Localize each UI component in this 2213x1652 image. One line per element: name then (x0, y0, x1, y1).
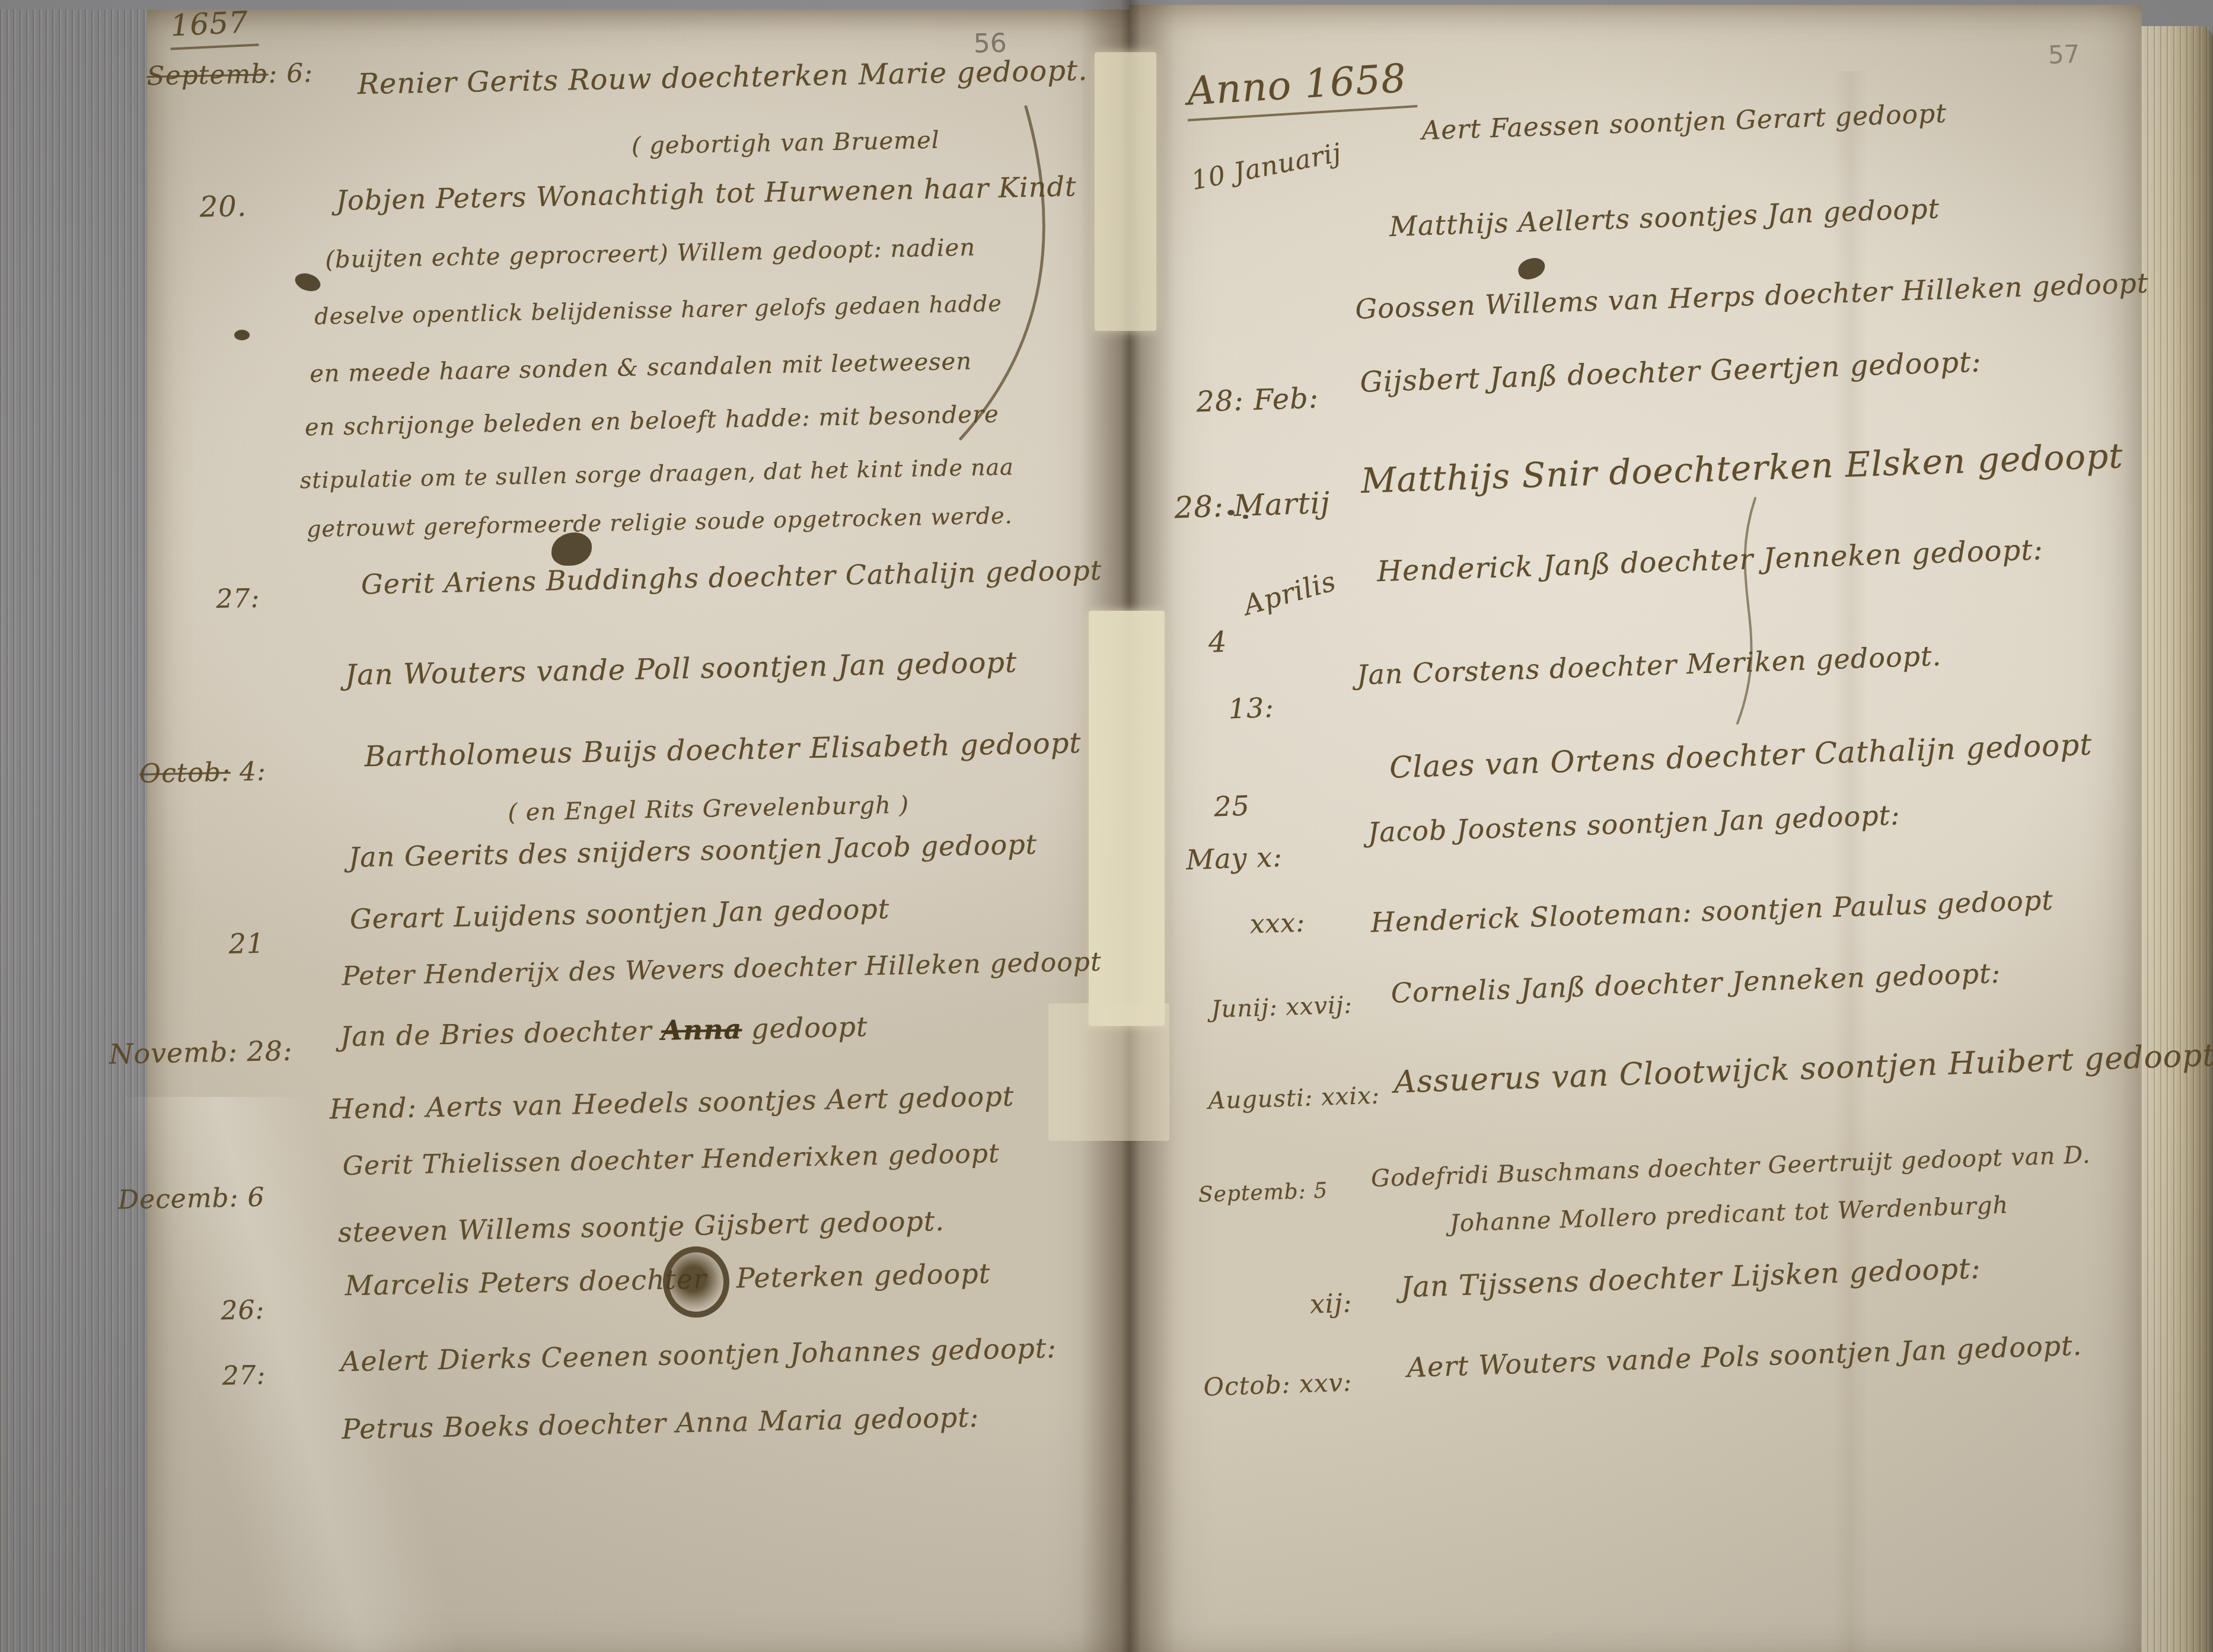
entry-line: Claes van Ortens doechter Cathalijn gedo… (1389, 727, 2093, 784)
entry-date: Octob: xxv: (1203, 1367, 1353, 1401)
entry-line: Jan Tijssens doechter Lijsken gedoopt: (1400, 1252, 1981, 1304)
entry-date: May x: (1185, 841, 1283, 876)
entry-date-day: : 6: (268, 58, 314, 89)
entry-line: Henderick Janß doechter Jenneken gedoopt… (1376, 533, 2043, 588)
entry-line: Matthijs Aellerts soontjes Jan gedoopt (1389, 192, 1940, 243)
entry-line: Jan Wouters vande Poll soontjen Jan gedo… (345, 646, 1017, 692)
entry-line: Jacob Joostens soontjen Jan gedoopt: (1367, 799, 1901, 849)
entry-date: 25 (1213, 790, 1250, 823)
entry-line: Marcelis Peters doechter (345, 1262, 707, 1302)
entry-line: Petrus Boeks doechter Anna Maria gedoopt… (342, 1401, 980, 1446)
entry-line: Renier Gerits Rouw doechterken Marie ged… (357, 54, 1088, 101)
entry-date: 10 Januarij (1189, 138, 1344, 196)
entry-line: Gerart Luijdens soontjen Jan gedoopt (349, 892, 889, 935)
manuscript-scan: { "colors":{ "background":"#8a8a8d", "pa… (0, 0, 2213, 1652)
entry-line: Henderick Slooteman: soontjen Paulus ged… (1370, 884, 2054, 939)
entry-date: xij: (1309, 1288, 1353, 1319)
entry-date: Septemb: 6: (146, 58, 314, 91)
entry-line: Jan Geerits des snijders soontjen Jacob … (348, 828, 1037, 873)
entry-line-part: gedoopt (742, 1010, 868, 1045)
entry-date: 27: (222, 1360, 266, 1391)
entry-date: Octob: 4: (139, 757, 267, 789)
year-heading: 1657 (168, 5, 259, 50)
entry-line: en schrijonge beleden en beloeft hadde: … (304, 401, 999, 441)
entry-line: getrouwt gereformeerde religie soude opg… (307, 502, 1013, 542)
entry-line: Johanne Mollero predicant tot Werdenburg… (1449, 1191, 2009, 1237)
page-number: 57 (2048, 39, 2080, 69)
ink-blot-ring (663, 1246, 729, 1318)
entry-line: Bartholomeus Buijs doechter Elisabeth ge… (364, 726, 1082, 773)
entry-line: Aert Faessen soontjen Gerart gedoopt (1421, 98, 1947, 146)
entry-line: Gijsbert Janß doechter Geertjen gedoopt: (1360, 345, 1982, 399)
entry-line: ( gebortigh van Bruemel (631, 127, 939, 160)
entry-line: (buijten echte geprocreert) Willem gedoo… (325, 234, 975, 273)
entry-line: Jan de Bries doechter Anna gedoopt (340, 1010, 868, 1053)
entry-line: stipulatie om te sullen sorge draagen, d… (299, 454, 1014, 493)
entry-date: xxx: (1249, 908, 1306, 940)
entry-line: Goossen Willems van Herps doechter Hille… (1355, 267, 2150, 325)
entry-date: Augusti: xxix: (1208, 1082, 1380, 1115)
entry-date: Septemb: 5 (1198, 1179, 1328, 1207)
entry-date: 13: (1228, 691, 1275, 725)
entry-line-part: Jan de Bries doechter (340, 1015, 661, 1053)
entry-date: Decemb: 6 (117, 1182, 265, 1216)
entry-line: ( en Engel Rits Grevelenburgh ) (508, 792, 910, 827)
entry-line: Aert Wouters vande Pols soontjen Jan ged… (1407, 1329, 2083, 1384)
right-page-text: Anno 1658 57 10 Januarij Aert Faessen so… (1156, 0, 2213, 1651)
ink-dot (1243, 515, 1248, 519)
entry-line: Assuerus van Clootwijck soontjen Huibert… (1394, 1038, 2213, 1101)
entry-date-day: 4 (1208, 626, 1227, 659)
entry-date: 26: (221, 1295, 265, 1326)
entry-line: steeven Willems soontje Gijsbert gedoopt… (337, 1205, 945, 1249)
entry-line: Jan Corstens doechter Meriken gedoopt. (1356, 640, 1942, 691)
entry-line: Peterken gedoopt (736, 1257, 991, 1294)
entry-date: 20. (199, 190, 247, 224)
entry-line: Gerit Thielissen doechter Henderixken ge… (342, 1138, 1000, 1181)
entry-line: Hend: Aerts van Heedels soontjes Aert ge… (329, 1080, 1014, 1125)
year-heading: Anno 1658 (1185, 55, 1418, 122)
entry-date: 27: (216, 583, 260, 614)
entry-line: Matthijs Snir doechterken Elsken gedoopt (1360, 435, 2124, 501)
ink-blot (234, 330, 250, 340)
entry-line: Jobjen Peters Wonachtigh tot Hurwenen ha… (336, 170, 1077, 216)
entry-date-month: Septemb (146, 59, 269, 91)
entry-line-emphasis: Anna (661, 1013, 742, 1047)
ink-dot (1227, 510, 1235, 515)
entry-line: Peter Henderijx des Wevers doechter Hill… (342, 947, 1102, 992)
entry-date: 28: Martij (1174, 486, 1331, 525)
entry-date: 21 (228, 927, 265, 960)
entry-date: Novemb: 28: (109, 1035, 293, 1070)
entry-date: Aprilis (1240, 565, 1340, 621)
entry-date-month: Octob: (139, 757, 231, 789)
entry-date-day: 4: (230, 757, 266, 787)
entry-line: Cornelis Janß doechter Jenneken gedoopt: (1391, 957, 2001, 1009)
entry-line: Godefridi Buschmans doechter Geertruijt … (1370, 1141, 2091, 1192)
entry-line: Aelert Dierks Ceenen soontjen Johannes g… (340, 1332, 1057, 1377)
entry-date: Junij: xxvij: (1211, 991, 1353, 1023)
page-number: 56 (973, 28, 1007, 59)
entry-line: Gerit Ariens Buddinghs doechter Cathalij… (361, 554, 1102, 600)
entry-line: deselve opentlick belijdenisse harer gel… (314, 291, 1002, 330)
entry-date: 28: Feb: (1196, 381, 1319, 419)
entry-line: en meede haare sonden & scandalen mit le… (310, 348, 972, 388)
left-page-text: 1657 56 Septemb: 6: Renier Gerits Rouw d… (59, 0, 1146, 1651)
